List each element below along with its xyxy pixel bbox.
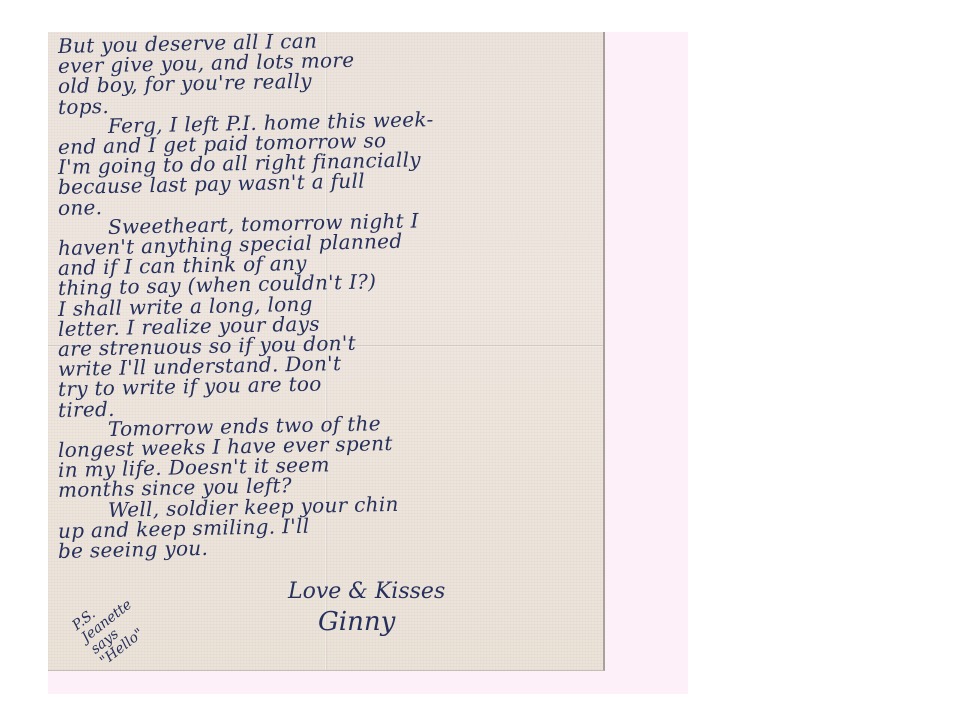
letter-body: But you deserve all I can ever give you,…	[58, 36, 598, 561]
signature: Ginny	[288, 607, 445, 637]
postscript-note: P.S. Jeanette says "Hello"	[70, 586, 154, 670]
letter-closing: Love & Kisses Ginny	[288, 577, 445, 637]
letter-page: But you deserve all I can ever give you,…	[48, 32, 605, 671]
closing-salutation: Love & Kisses	[288, 577, 445, 607]
screenshot-stage: But you deserve all I can ever give you,…	[0, 0, 960, 720]
